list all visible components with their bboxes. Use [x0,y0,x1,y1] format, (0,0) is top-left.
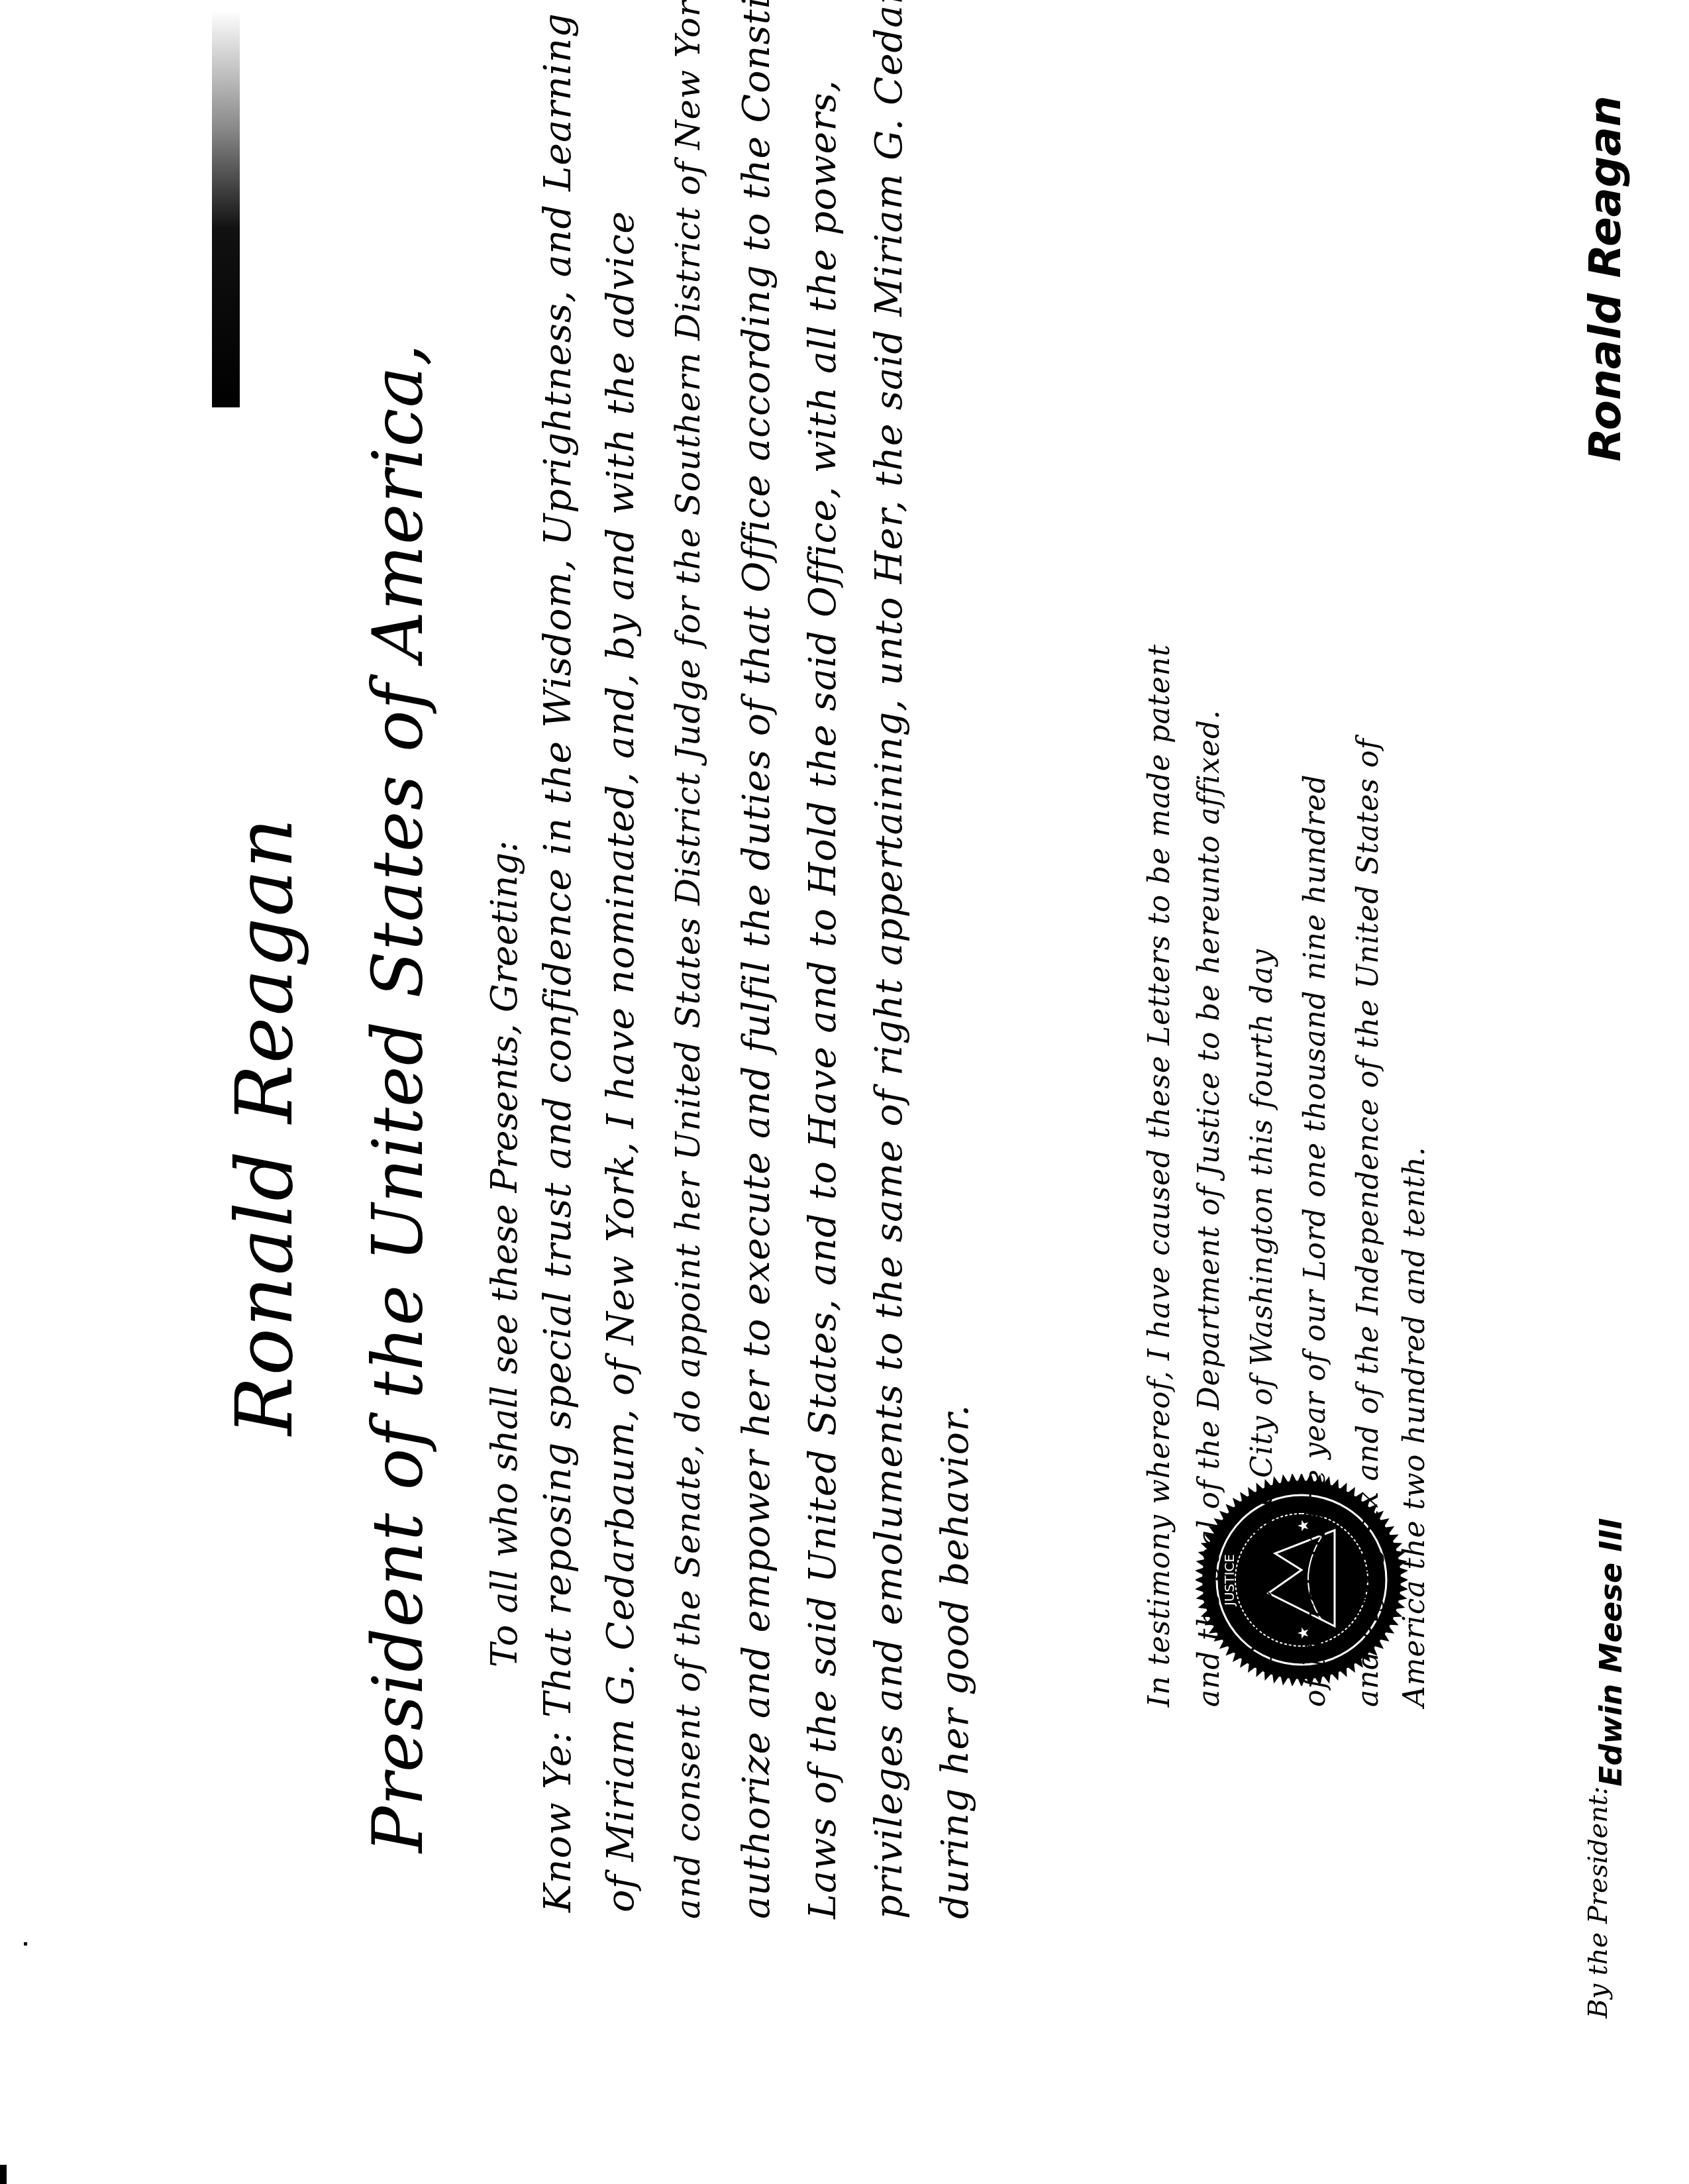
body-line: during her good behavior. [934,1404,977,1919]
attestation-line: and the seal of the Department of Justic… [1192,709,1226,1707]
attestation-line: of March in the year of our Lord one tho… [1298,774,1332,1707]
body-line: Know Ye: That reposing special trust and… [537,13,580,1912]
document-subtitle: President of the United States of Americ… [358,343,438,1853]
document-page: Ronald Reagan President of the United St… [0,0,1689,2184]
document-title: Ronald Reagan [219,817,310,1435]
body-line: authorize and empower her to execute and… [735,0,778,1919]
body-line: Laws of the said United States, and to H… [801,79,844,1919]
attestation-line: Done at the City of Washington this four… [1245,949,1279,1667]
attorney-general-signature: Edwin Meese III [1593,1518,1629,1787]
greeting: To all who shall see these Presents, Gre… [484,841,525,1667]
by-the-president-label: By the President: [1583,1786,1613,2018]
attestation-line: America the two hundred and tenth. [1398,1146,1431,1707]
body-line: privileges and emoluments to the same of… [868,0,911,1919]
president-signature: Ronald Reagan [1580,95,1631,462]
body-line: and consent of the Senate, do appoint he… [669,0,707,1919]
body-line: of Miriam G. Cedarbaum, of New York, I h… [599,211,642,1912]
attestation-line: and eighty-six and of the Independence o… [1351,738,1385,1707]
rotated-commission: Ronald Reagan President of the United St… [0,0,1689,2184]
attestation-line: In testimony whereof, I have caused thes… [1143,644,1176,1707]
